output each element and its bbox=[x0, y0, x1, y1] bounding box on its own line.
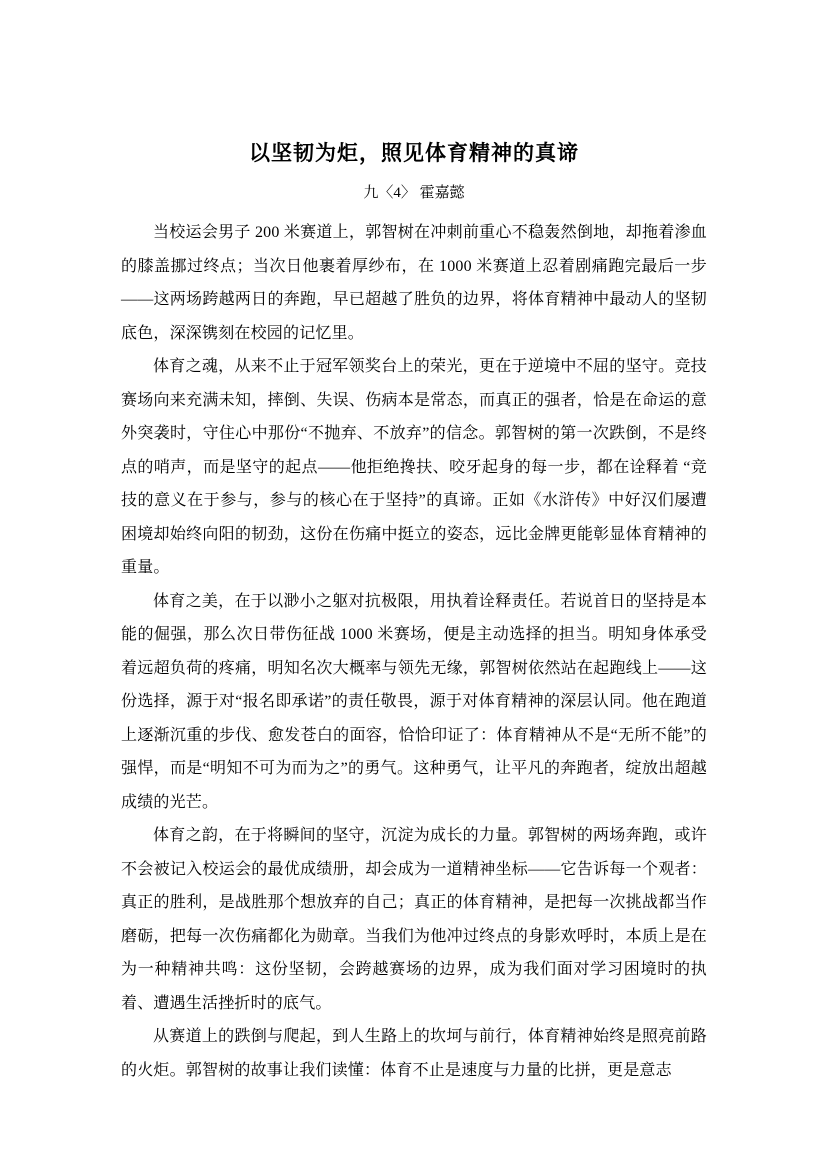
essay-paragraph: 体育之韵，在于将瞬间的坚守，沉淀为成长的力量。郭智树的两场奔跑，或许不会被记入校… bbox=[121, 819, 707, 1020]
essay-title: 以坚韧为炬，照见体育精神的真谛 bbox=[121, 141, 707, 166]
essay-paragraph: 体育之魂，从来不止于冠军领奖台上的荣光，更在于逆境中不屈的坚守。竞技赛场向来充满… bbox=[121, 350, 707, 585]
document-content: 以坚韧为炬，照见体育精神的真谛 九〈4〉 霍嘉懿 当校运会男子 200 米赛道上… bbox=[121, 141, 707, 1087]
essay-byline: 九〈4〉 霍嘉懿 bbox=[121, 183, 707, 203]
essay-body: 当校运会男子 200 米赛道上，郭智树在冲刺前重心不稳轰然倒地，却拖着渗血的膝盖… bbox=[121, 216, 707, 1087]
essay-paragraph: 当校运会男子 200 米赛道上，郭智树在冲刺前重心不稳轰然倒地，却拖着渗血的膝盖… bbox=[121, 216, 707, 350]
essay-paragraph: 体育之美，在于以渺小之躯对抗极限，用执着诠释责任。若说首日的坚持是本能的倔强，那… bbox=[121, 585, 707, 820]
document-page: 以坚韧为炬，照见体育精神的真谛 九〈4〉 霍嘉懿 当校运会男子 200 米赛道上… bbox=[0, 0, 827, 1170]
essay-paragraph: 从赛道上的跌倒与爬起，到人生路上的坎坷与前行，体育精神始终是照亮前路的火炬。郭智… bbox=[121, 1020, 707, 1087]
